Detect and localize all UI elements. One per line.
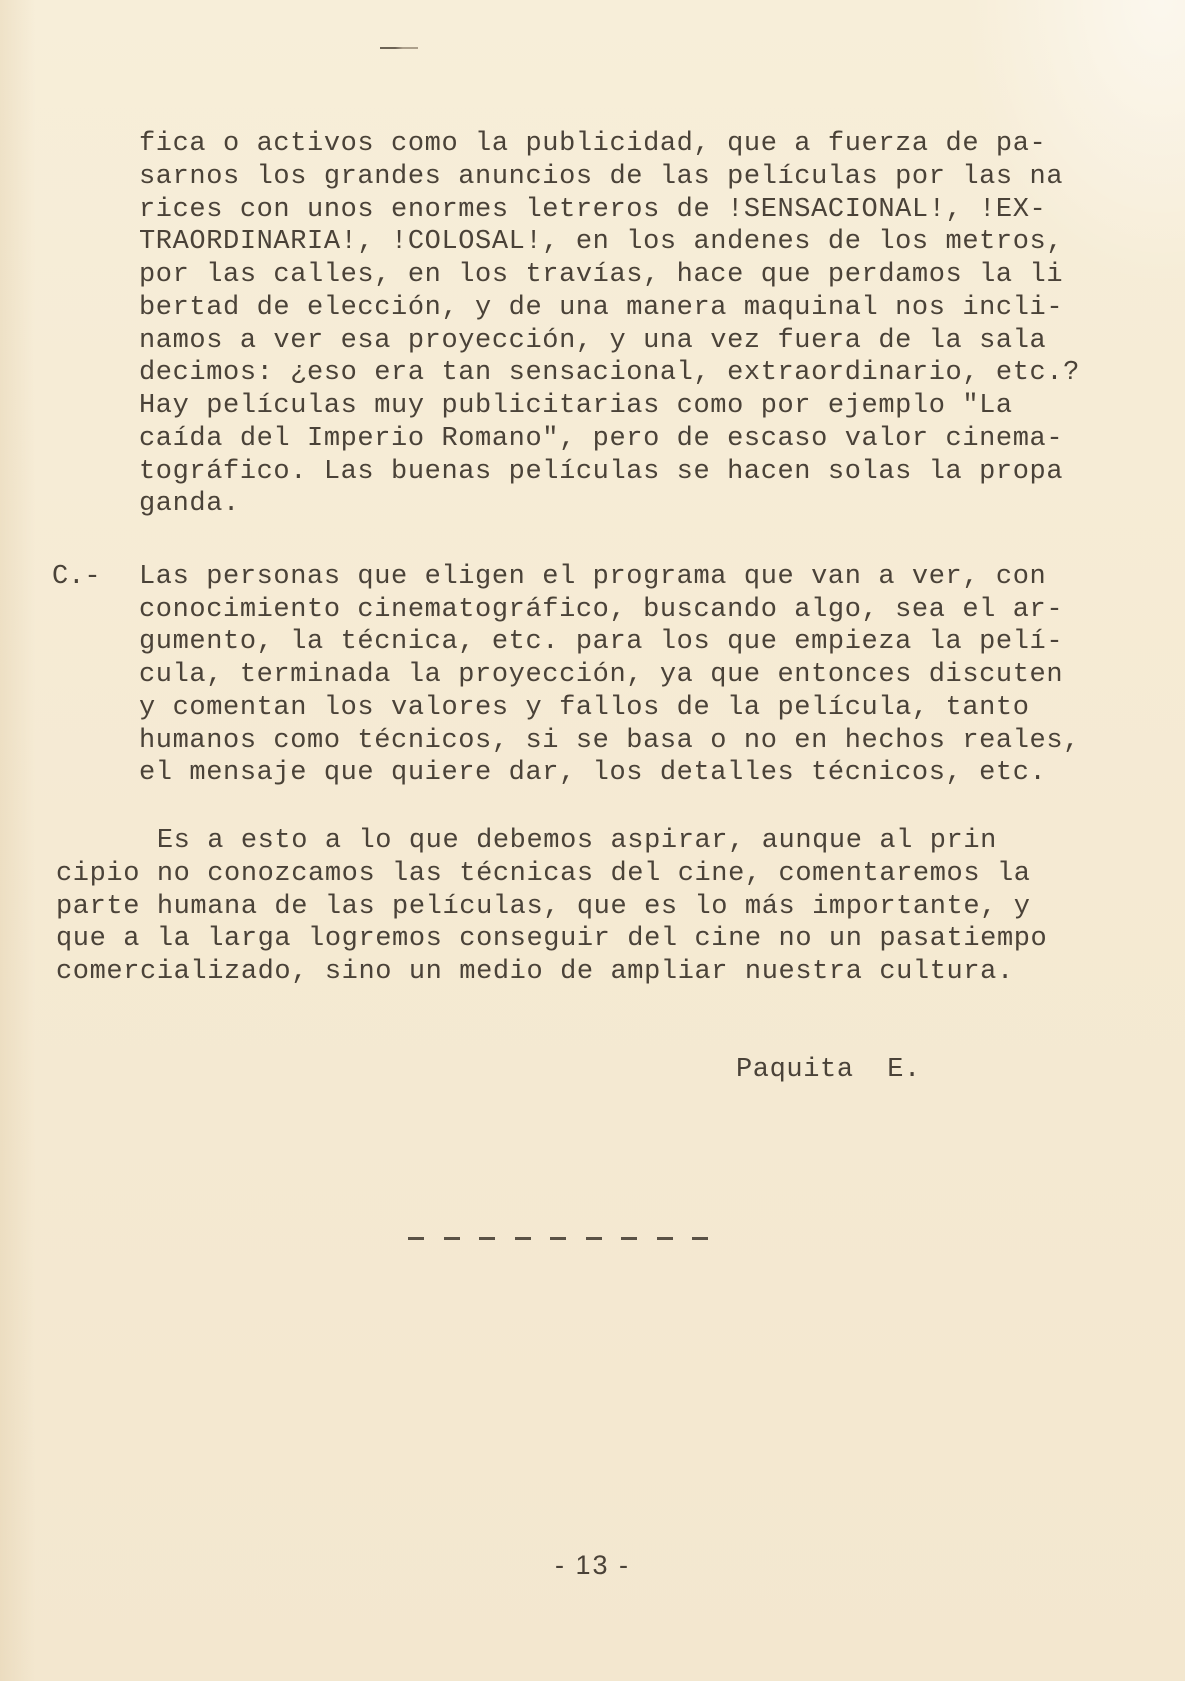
text-line: Hay películas muy publicitarias como por… (139, 390, 1013, 423)
text-line: gumento, la técnica, etc. para los que e… (139, 626, 1063, 659)
text-line: conocimiento cinematográfico, buscando a… (139, 594, 1063, 627)
text-line: ganda. (139, 488, 240, 521)
text-line: cula, terminada la proyección, ya que en… (139, 659, 1063, 692)
separator-dash (550, 1237, 566, 1240)
scanned-page: fica o activos como la publicidad, que a… (0, 0, 1185, 1681)
separator-dash (479, 1237, 495, 1240)
author-signature: Paquita E. (736, 1054, 921, 1087)
text-line: humanos como técnicos, si se basa o no e… (139, 725, 1080, 758)
text-line: namos a ver esa proyección, y una vez fu… (139, 325, 1046, 358)
separator-dash (586, 1237, 602, 1240)
separator-dash (621, 1237, 637, 1240)
text-line: tográfico. Las buenas películas se hacen… (139, 456, 1063, 489)
text-line: comercializado, sino un medio de ampliar… (56, 956, 1014, 989)
text-line: el mensaje que quiere dar, los detalles … (139, 757, 1046, 790)
text-line: TRAORDINARIA!, !COLOSAL!, en los andenes… (139, 226, 1063, 259)
text-line: bertad de elección, y de una manera maqu… (139, 292, 1063, 325)
text-line: decimos: ¿eso era tan sensacional, extra… (139, 357, 1080, 390)
text-line: sarnos los grandes anuncios de las pelíc… (139, 161, 1063, 194)
separator-dash (408, 1237, 424, 1240)
text-line: caída del Imperio Romano", pero de escas… (139, 423, 1063, 456)
text-line: Es a esto a lo que debemos aspirar, aunq… (56, 825, 997, 858)
separator-dash (692, 1237, 708, 1240)
text-line: por las calles, en los travías, hace que… (139, 259, 1063, 292)
text-line: rices con unos enormes letreros de !SENS… (139, 194, 1046, 227)
section-c-label: C.- (52, 561, 101, 594)
text-line: parte humana de las películas, que es lo… (56, 891, 1031, 924)
text-line: Las personas que eligen el programa que … (139, 561, 1046, 594)
separator-dash (657, 1237, 673, 1240)
dashed-separator (408, 1237, 708, 1241)
separator-dash (515, 1237, 531, 1240)
text-line: y comentan los valores y fallos de la pe… (139, 692, 1030, 725)
text-line: cipio no conozcamos las técnicas del cin… (56, 858, 1031, 891)
text-line: que a la larga logremos conseguir del ci… (56, 923, 1047, 956)
page-number: - 13 - (0, 1550, 1185, 1581)
text-line: fica o activos como la publicidad, que a… (139, 128, 1046, 161)
top-ink-mark (380, 47, 418, 49)
separator-dash (444, 1237, 460, 1240)
